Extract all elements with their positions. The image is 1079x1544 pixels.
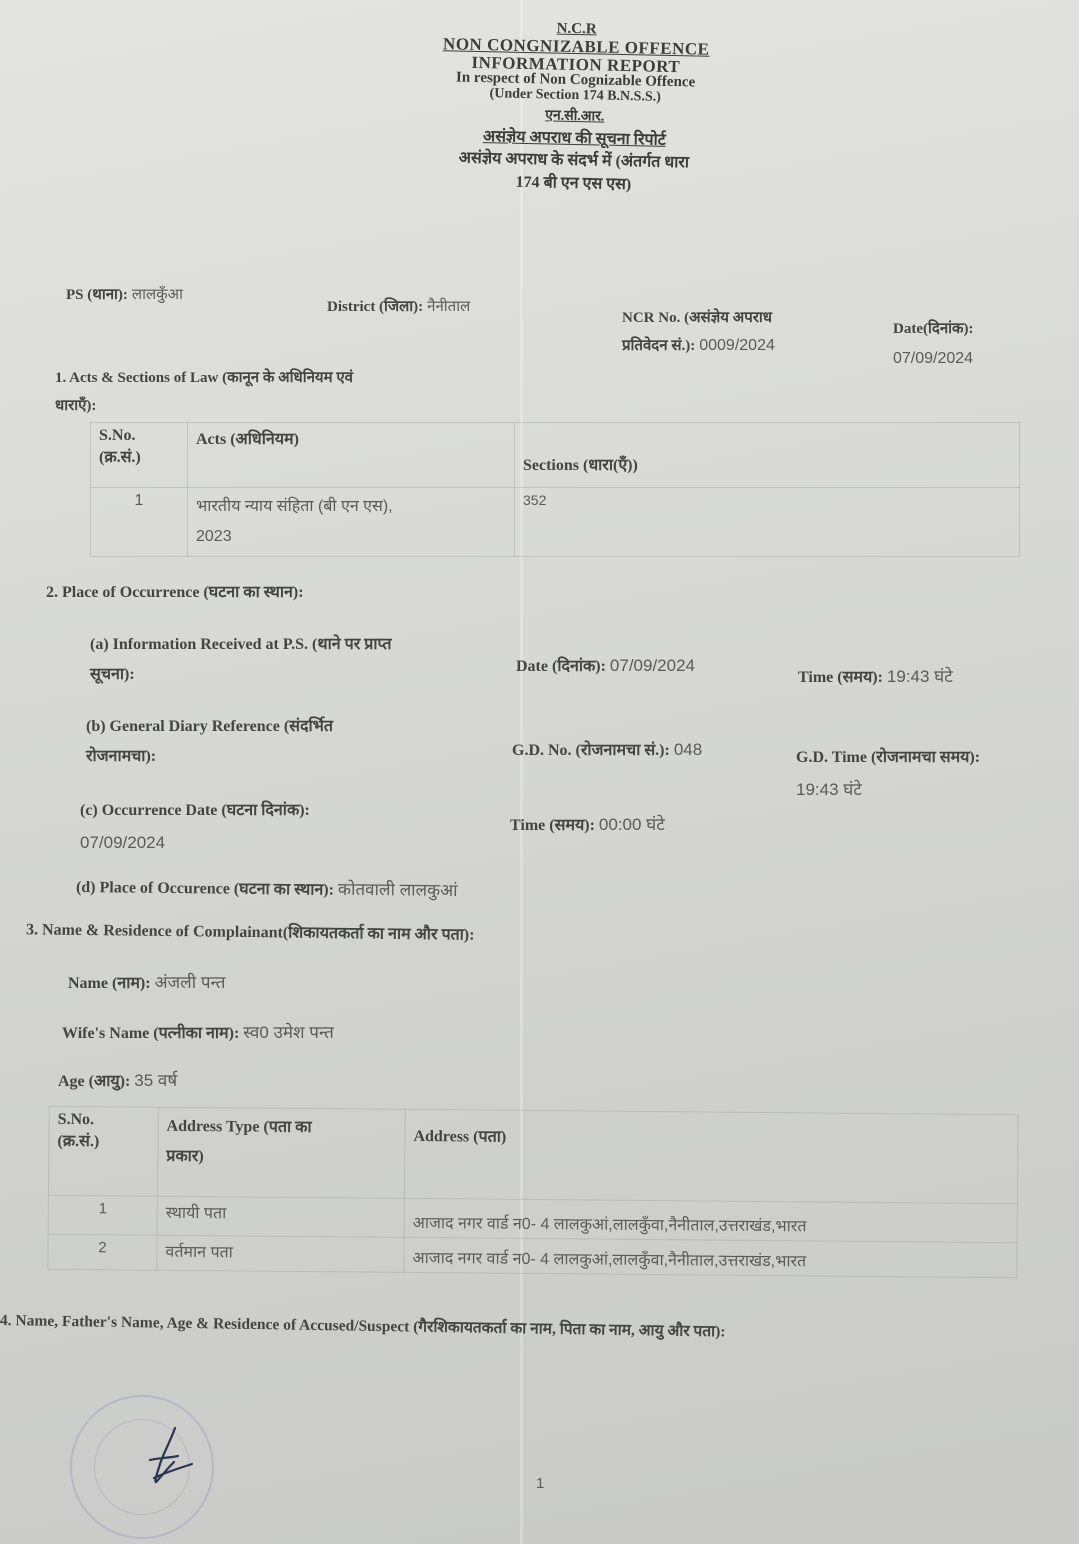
addr-col-sno-en: S.No. [58, 1111, 150, 1130]
complainant-age: Age (आयु): 35 वर्ष [58, 1068, 177, 1091]
age-value: 35 वर्ष [134, 1071, 177, 1090]
occurrence-date: (c) Occurrence Date (घटना दिनांक): 07/09… [80, 795, 310, 859]
place-label: (d) Place of Occurence (घटना का स्थान): [76, 879, 334, 899]
gd-no-value: 048 [674, 740, 702, 759]
gd-time: G.D. Time (रोजनामचा समय): 19:43 घंटे [796, 742, 980, 806]
acts-table-header: S.No. (क्र.सं.) Acts (अधिनियम) Sections … [91, 423, 1020, 488]
district-label: District (जिला): [327, 299, 423, 315]
ncr-label: NCR No. (असंज्ञेय अपराध [622, 304, 775, 332]
section1-title-line2: धाराएँ): [55, 392, 353, 420]
page-number: 1 [536, 1475, 544, 1492]
act-name: भारतीय न्याय संहिता (बी एन एस), 2023 [188, 488, 515, 557]
district-field: District (जिला): नैनीताल [327, 292, 470, 322]
header-hi-subtitle: असंज्ञेय अपराध के संदर्भ में (अंतर्गत धा… [394, 150, 754, 174]
addr-col-type-1: Address Type (पता का [166, 1112, 396, 1144]
section4-title: 4. Name, Father's Name, Age & Residence … [0, 1308, 726, 1341]
addr-col-sno-hi: (क्र.सं.) [57, 1129, 149, 1152]
complainant-name: Name (नाम): अंजली पन्त [68, 970, 225, 993]
address-table-header: S.No. (क्र.सं.) Address Type (पता का प्र… [48, 1106, 1018, 1203]
wife-name-label: Wife's Name (पत्नीका नाम): [62, 1025, 239, 1042]
info-date-value: 07/09/2024 [610, 656, 695, 675]
col-acts: Acts (अधिनियम) [188, 423, 515, 488]
occurrence-time-label: Time (समय): [510, 817, 595, 834]
info-received-label: (a) Information Received at P.S. (थाने प… [90, 630, 392, 690]
act-name-line1: भारतीय न्याय संहिता (बी एन एस), [196, 492, 506, 522]
header-hi-section: 174 बी एन एस एस) [393, 172, 753, 196]
addr-row-address: आजाद नगर वार्ड न0- 4 लालकुआं,लालकुँवा,नै… [404, 1198, 1017, 1242]
addr-row-type: वर्तमान पता [157, 1235, 404, 1272]
addr-row-sno: 1 [48, 1195, 157, 1235]
wife-name: Wife's Name (पत्नीका नाम): स्व0 उमेश पन्… [62, 1020, 334, 1043]
name-value: अंजली पन्त [155, 973, 226, 992]
addr-col-sno: S.No. (क्र.सं.) [48, 1106, 158, 1196]
gd-ref-label-1: (b) General Diary Reference (संदर्भित [86, 712, 333, 742]
addr-col-address: Address (पता) [404, 1109, 1018, 1203]
paper-fold [520, 0, 523, 1544]
section3-title: 3. Name & Residence of Complainant(शिकाय… [26, 917, 475, 944]
gd-reference-label: (b) General Diary Reference (संदर्भित रो… [86, 712, 333, 772]
header-hi-short: एन.सी.आर. [395, 106, 755, 128]
address-table: S.No. (क्र.सं.) Address Type (पता का प्र… [47, 1106, 1018, 1278]
header-hi-title: असंज्ञेय अपराध की सूचना रिपोर्ट [394, 127, 754, 151]
table-row: 2 वर्तमान पता आजाद नगर वार्ड न0- 4 लालकु… [48, 1234, 1017, 1277]
place-of-occurrence: (d) Place of Occurence (घटना का स्थान): … [76, 874, 458, 901]
date-label: Date(दिनांक): [893, 314, 974, 344]
occurrence-time-value: 00:00 घंटे [599, 815, 665, 834]
addr-row-address: आजाद नगर वार्ड न0- 4 लालकुआं,लालकुँवा,नै… [404, 1237, 1017, 1277]
gd-time-value: 19:43 घंटे [796, 774, 980, 806]
gd-number: G.D. No. (रोजनामचा सं.): 048 [512, 738, 702, 760]
info-time-value: 19:43 घंटे [887, 667, 953, 686]
info-received-date: Date (दिनांक): 07/09/2024 [516, 654, 695, 676]
ps-value: लालकुँआ [132, 286, 183, 303]
age-label: Age (आयु): [58, 1073, 130, 1090]
table-row: 1 भारतीय न्याय संहिता (बी एन एस), 2023 3… [91, 488, 1020, 557]
act-name-line2: 2023 [196, 522, 506, 552]
ncr-label-2: प्रतिवेदन सं.): [622, 338, 695, 354]
info-date-label: Date (दिनांक): [516, 658, 606, 675]
col-sections: Sections (धारा(एँ)) [515, 423, 1020, 488]
info-received-label-2: सूचना): [90, 660, 392, 690]
info-received-label-1: (a) Information Received at P.S. (थाने प… [90, 630, 392, 660]
occurrence-time: Time (समय): 00:00 घंटे [510, 812, 665, 835]
addr-col-type: Address Type (पता का प्रकार) [157, 1107, 405, 1198]
ncr-document-page: N.C.R NON CONGNIZABLE OFFENCE INFORMATIO… [0, 0, 1079, 1544]
info-received-time: Time (समय): 19:43 घंटे [798, 664, 953, 687]
occurrence-date-label: (c) Occurrence Date (घटना दिनांक): [80, 795, 310, 827]
section2-title: 2. Place of Occurrence (घटना का स्थान): [46, 580, 304, 602]
col-sno-en: S.No. [99, 427, 179, 445]
signature-icon [130, 1420, 210, 1500]
info-time-label: Time (समय): [798, 669, 883, 686]
acts-table: S.No. (क्र.सं.) Acts (अधिनियम) Sections … [90, 422, 1020, 557]
occurrence-date-value: 07/09/2024 [80, 827, 310, 859]
wife-name-value: स्व0 उमेश पन्त [243, 1023, 334, 1042]
addr-row-type: स्थायी पता [157, 1196, 404, 1237]
gd-ref-label-2: रोजनामचा): [86, 742, 333, 772]
ncr-value: 0009/2024 [699, 337, 775, 354]
ps-label: PS (थाना): [66, 287, 128, 303]
col-sno-hi: (क्र.सं.) [99, 445, 179, 467]
ps-field: PS (थाना): लालकुँआ [66, 280, 183, 310]
district-value: नैनीताल [427, 298, 470, 315]
place-value: कोतवाली लालकुआं [338, 880, 458, 900]
section1-title-line1: 1. Acts & Sections of Law (कानून के अधिन… [55, 364, 353, 392]
document-header: N.C.R NON CONGNIZABLE OFFENCE INFORMATIO… [393, 18, 757, 196]
act-section: 352 [515, 488, 1020, 557]
gd-time-label: G.D. Time (रोजनामचा समय): [796, 742, 980, 774]
name-label: Name (नाम): [68, 975, 151, 992]
act-sno: 1 [91, 488, 188, 557]
date-value: 07/09/2024 [893, 344, 974, 374]
col-sno: S.No. (क्र.सं.) [91, 423, 188, 488]
gd-no-label: G.D. No. (रोजनामचा सं.): [512, 742, 670, 759]
date-field: Date(दिनांक): 07/09/2024 [893, 314, 974, 374]
addr-row-sno: 2 [48, 1234, 157, 1270]
ncr-field: NCR No. (असंज्ञेय अपराध प्रतिवेदन सं.): … [622, 304, 775, 360]
addr-col-type-2: प्रकार) [166, 1142, 396, 1174]
section1-title: 1. Acts & Sections of Law (कानून के अधिन… [55, 364, 353, 420]
